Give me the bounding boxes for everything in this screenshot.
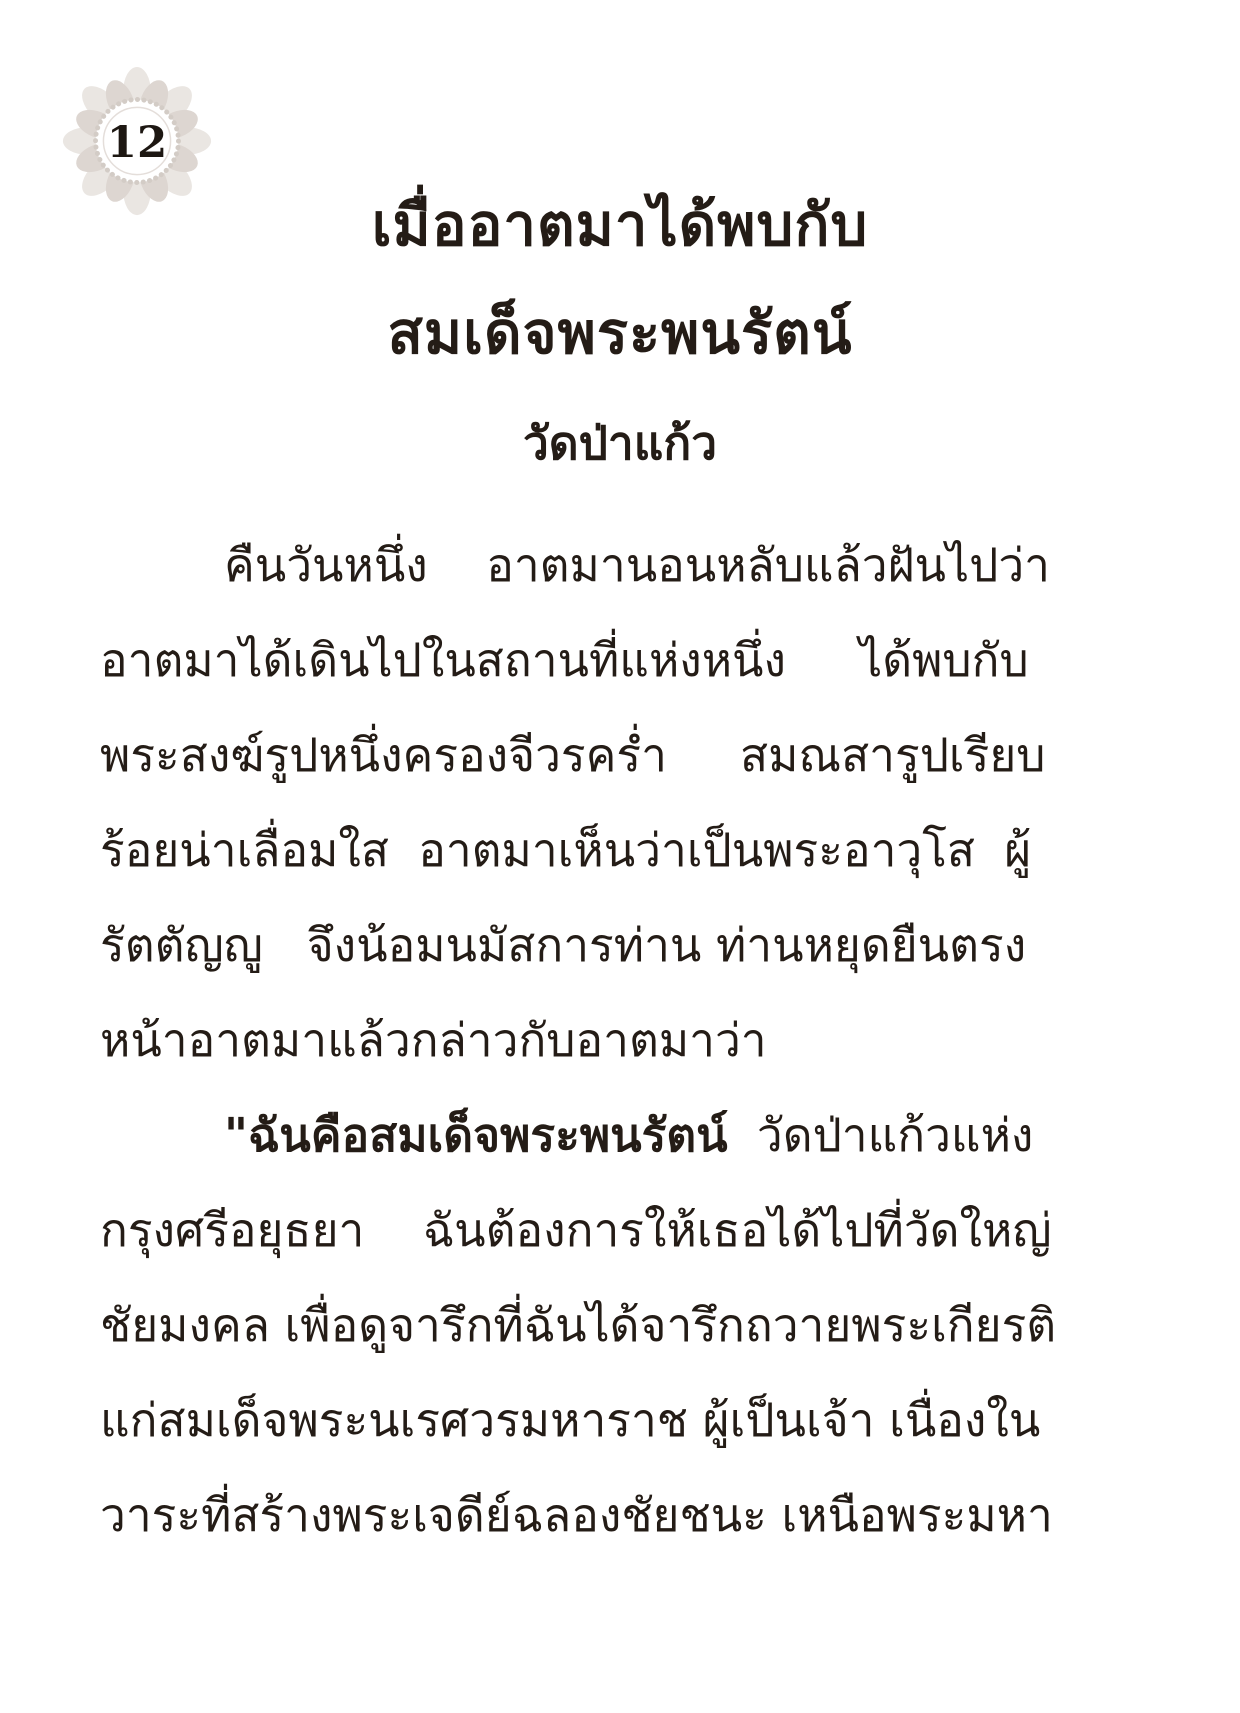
page-number-ornament: 12 xyxy=(58,62,216,220)
body-text: คืนวันหนึ่ง อาตมานอนหลับแล้วฝันไปว่า อาต… xyxy=(100,518,1144,1563)
quote-continuation: วัดป่าแก้วแห่ง xyxy=(728,1108,1034,1162)
paragraph-2-line-4: แก่สมเด็จพระนเรศวรมหาราช ผู้เป็นเจ้า เนื… xyxy=(100,1373,1144,1468)
paragraph-2: "ฉันคือสมเด็จพระพนรัตน์ วัดป่าแก้วแห่ง ก… xyxy=(100,1088,1144,1563)
chapter-subtitle: วัดป่าแก้ว xyxy=(0,420,1240,466)
book-page: 12 เมื่ออาตมาได้พบกับ สมเด็จพระพนรัตน์ ว… xyxy=(0,0,1240,1713)
paragraph-1-line-3: พระสงฆ์รูปหนึ่งครองจีวรคร่ำ สมณสารูปเรีย… xyxy=(100,708,1144,803)
chapter-title-line-2: สมเด็จพระพนรัตน์ xyxy=(0,304,1240,362)
rosette-flower-icon: 12 xyxy=(58,62,216,220)
paragraph-1-line-4: ร้อยน่าเลื่อมใส อาตมาเห็นว่าเป็นพระอาวุโ… xyxy=(100,803,1144,898)
paragraph-1-line-2: อาตมาได้เดินไปในสถานที่แห่งหนึ่ง ได้พบกั… xyxy=(100,613,1144,708)
paragraph-1-line-1: คืนวันหนึ่ง อาตมานอนหลับแล้วฝันไปว่า xyxy=(100,518,1144,613)
quote-speaker-bold: "ฉันคือสมเด็จพระพนรัตน์ xyxy=(224,1108,728,1162)
paragraph-2-line-2: กรุงศรีอยุธยา ฉันต้องการให้เธอได้ไปที่วั… xyxy=(100,1183,1144,1278)
chapter-title-block: เมื่ออาตมาได้พบกับ สมเด็จพระพนรัตน์ วัดป… xyxy=(0,196,1240,466)
paragraph-2-line-1: "ฉันคือสมเด็จพระพนรัตน์ วัดป่าแก้วแห่ง xyxy=(100,1088,1144,1183)
paragraph-2-line-3: ชัยมงคล เพื่อดูจารึกที่ฉันได้จารึกถวายพร… xyxy=(100,1278,1144,1373)
page-number: 12 xyxy=(107,117,167,168)
paragraph-1-line-6: หน้าอาตมาแล้วกล่าวกับอาตมาว่า xyxy=(100,993,1144,1088)
paragraph-2-line-5: วาระที่สร้างพระเจดีย์ฉลองชัยชนะ เหนือพระ… xyxy=(100,1468,1144,1563)
paragraph-1: คืนวันหนึ่ง อาตมานอนหลับแล้วฝันไปว่า อาต… xyxy=(100,518,1144,1088)
paragraph-1-line-5: รัตตัญญู จึงน้อมนมัสการท่าน ท่านหยุดยืนต… xyxy=(100,898,1144,993)
